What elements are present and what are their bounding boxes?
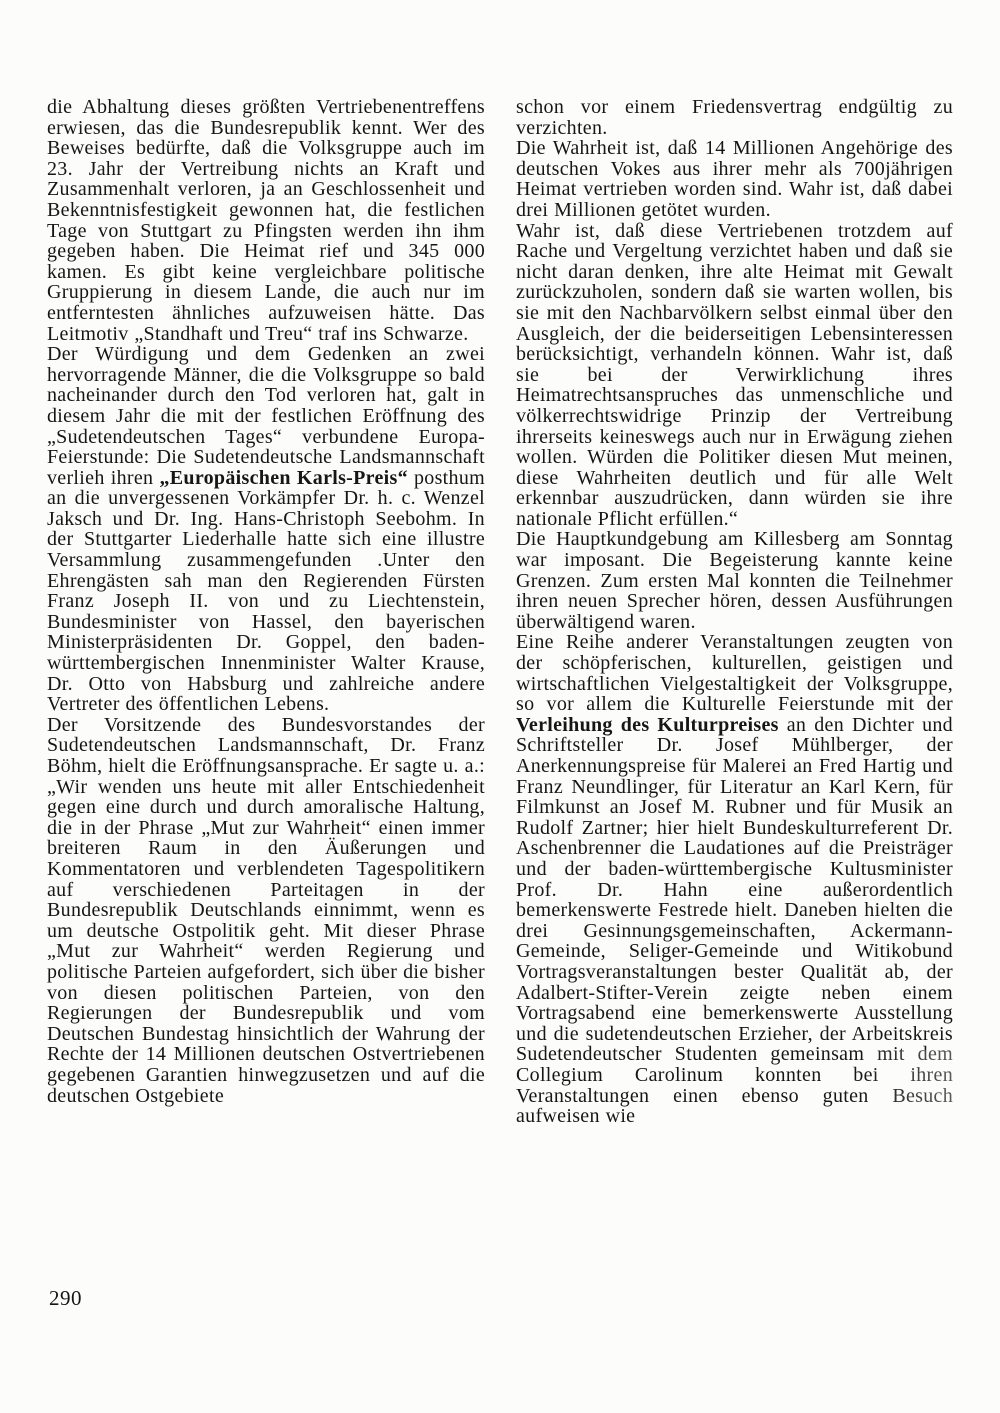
paragraph: schon vor einem Friedensvertrag endgülti… xyxy=(516,97,953,138)
text-segment: Wahr ist, daß diese Vertriebenen trotzde… xyxy=(516,220,953,530)
paragraph: Wahr ist, daß diese Vertriebenen trotzde… xyxy=(516,221,953,530)
document-page: die Abhaltung dieses größten Vertriebene… xyxy=(0,0,1000,1413)
text-segment: Die Hauptkundgebung am Killesberg am Son… xyxy=(516,528,953,632)
text-segment: an den Dichter und Schriftsteller Dr. Jo… xyxy=(516,714,953,1127)
text-column-left: die Abhaltung dieses größten Vertriebene… xyxy=(47,97,485,1106)
paragraph: Eine Reihe anderer Veranstaltungen zeugt… xyxy=(516,632,953,1126)
text-segment: Eine Reihe anderer Veranstaltungen zeugt… xyxy=(516,631,953,715)
paragraph: Der Vorsitzende des Bundesvorstandes der… xyxy=(47,715,485,1106)
page-number: 290 xyxy=(49,1286,82,1311)
text-segment: posthum an die unvergessenen Vorkämpfer … xyxy=(47,467,485,716)
paragraph: Der Würdigung und dem Gedenken an zwei h… xyxy=(47,344,485,715)
text-segment: Der Vorsitzende des Bundesvorstandes der… xyxy=(47,714,485,1107)
paragraph: die Abhaltung dieses größten Vertriebene… xyxy=(47,97,485,344)
text-column-right: schon vor einem Friedensvertrag endgülti… xyxy=(516,97,953,1127)
bold-text-segment: „Europäischen Karls-Preis“ xyxy=(159,467,407,489)
text-segment: schon vor einem Friedensvertrag endgülti… xyxy=(516,96,953,139)
paragraph: Die Wahrheit ist, daß 14 Millionen Angeh… xyxy=(516,138,953,220)
text-segment: Die Wahrheit ist, daß 14 Millionen Angeh… xyxy=(516,137,953,221)
paragraph: Die Hauptkundgebung am Killesberg am Son… xyxy=(516,529,953,632)
bold-text-segment: Verleihung des Kulturpreises xyxy=(516,714,779,736)
text-segment: die Abhaltung dieses größten Vertriebene… xyxy=(47,96,485,345)
